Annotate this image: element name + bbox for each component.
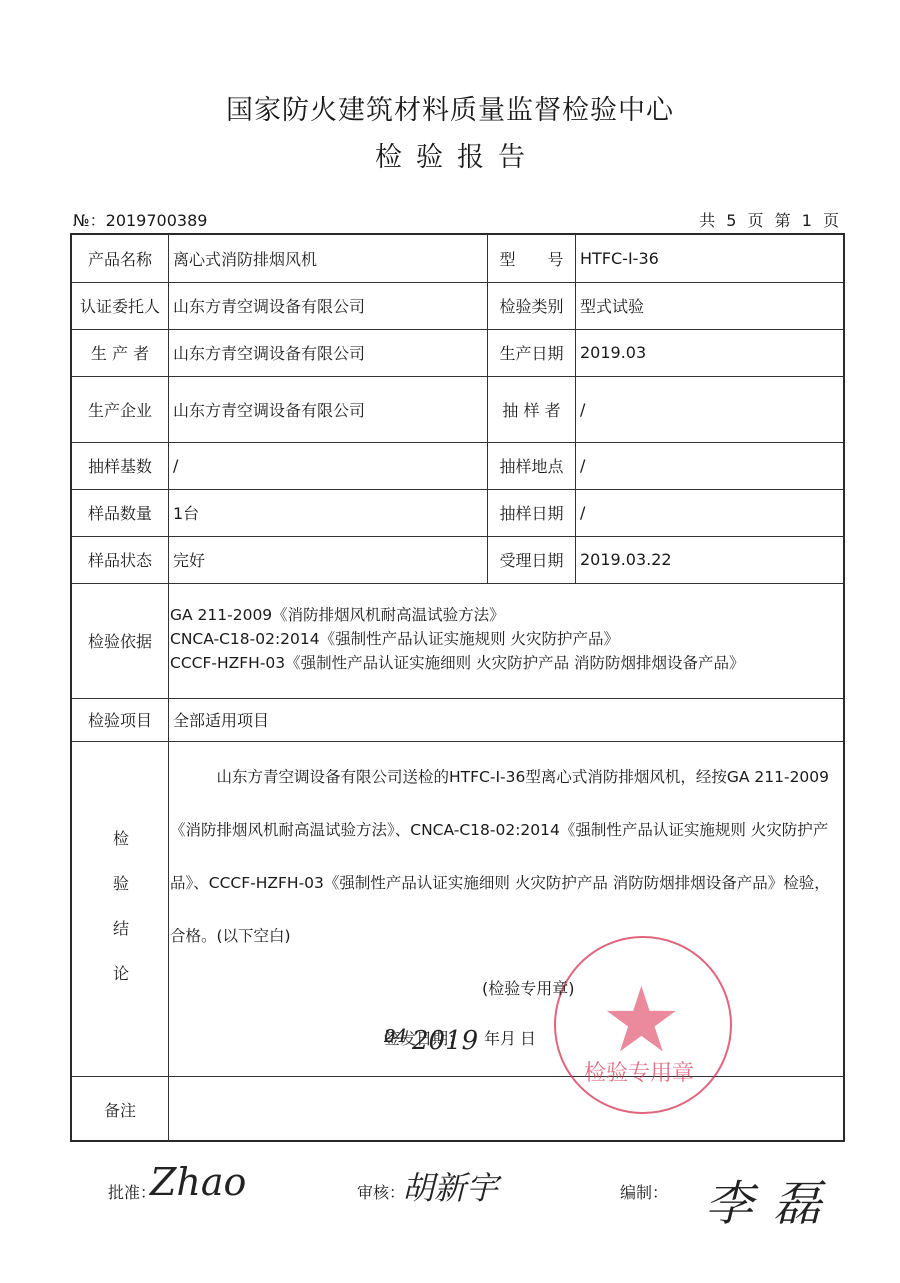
label-model: 型 号 (488, 235, 575, 282)
label-sample-qty: 样品数量 (72, 489, 168, 536)
conclusion-label-char: 论 (72, 961, 170, 984)
compile-signature: 李磊 (705, 1165, 841, 1234)
approve-signature: Zhao (150, 1160, 246, 1204)
value-test-type: 型式试验 (576, 282, 847, 329)
value-sample-qty: 1台 (169, 489, 491, 536)
compile-label: 编制： (620, 1180, 668, 1203)
report-number: №：2019700389 (73, 208, 207, 231)
label-product-name: 产品名称 (72, 235, 168, 282)
conclusion-label-char: 验 (72, 871, 170, 894)
basis-lines: GA 211-2009《消防排烟风机耐高温试验方法》 CNCA-C18-02:2… (170, 603, 745, 675)
value-sample-state: 完好 (169, 536, 491, 583)
value-sampling-date: / (576, 489, 847, 536)
seal-star-icon: ★ (601, 976, 682, 1066)
approve-label: 批准： (108, 1180, 156, 1203)
label-manufacturer: 生产企业 (72, 376, 168, 442)
basis-line: GA 211-2009《消防排烟风机耐高温试验方法》 (170, 603, 745, 627)
month-char: 月 (500, 1026, 516, 1049)
org-title: 国家防火建筑材料质量监督检验中心 (0, 88, 900, 127)
day-char: 日 (520, 1026, 536, 1049)
value-model: HTFC-I-36 (576, 235, 847, 282)
label-sample-state: 样品状态 (72, 536, 168, 583)
label-basis: 检验依据 (72, 583, 168, 698)
basis-line: CNCA-C18-02:2014《强制性产品认证实施规则 火灾防护产品》 (170, 627, 745, 651)
label-sampling-location: 抽样地点 (488, 442, 575, 489)
issue-date: 签发日期： 2019 年 04 月 24 日 (384, 1026, 536, 1049)
value-manufacturer: 山东方青空调设备有限公司 (169, 376, 491, 442)
conclusion-label-char: 结 (72, 916, 170, 939)
conclusion-text: 山东方青空调设备有限公司送检的HTFC-I-36型离心式消防排烟风机，经按GA … (170, 751, 840, 963)
report-table: 产品名称 离心式消防排烟风机 型 号 HTFC-I-36 认证委托人 山东方青空… (70, 233, 845, 1142)
value-sampling-base: / (169, 442, 491, 489)
year-char: 年 (484, 1026, 500, 1049)
value-items: 全部适用项目 (169, 698, 843, 741)
conclusion-label-char: 检 (72, 826, 170, 849)
issue-day: 24 (384, 1026, 407, 1047)
value-production-date: 2019.03 (576, 329, 847, 376)
conclusion-section: 检 验 结 论 山东方青空调设备有限公司送检的HTFC-I-36型离心式消防排烟… (72, 741, 843, 1076)
basis-section: 检验依据 GA 211-2009《消防排烟风机耐高温试验方法》 CNCA-C18… (72, 583, 843, 698)
label-production-date: 生产日期 (488, 329, 575, 376)
value-sampling-location: / (576, 442, 847, 489)
doc-title: 检验报告 (0, 135, 900, 174)
seal-note: (检验专用章) (482, 976, 575, 999)
value-remarks (169, 1076, 843, 1142)
label-items: 检验项目 (72, 698, 168, 741)
label-sampler: 抽 样 者 (488, 376, 575, 442)
label-client: 认证委托人 (72, 282, 168, 329)
value-producer: 山东方青空调设备有限公司 (169, 329, 491, 376)
label-remarks: 备注 (72, 1076, 168, 1142)
review-label: 审核： (357, 1180, 405, 1203)
value-client: 山东方青空调设备有限公司 (169, 282, 491, 329)
issue-year: 2019 (412, 1026, 484, 1056)
label-test-type: 检验类别 (488, 282, 575, 329)
label-sampling-base: 抽样基数 (72, 442, 168, 489)
label-producer: 生 产 者 (72, 329, 168, 376)
basis-line: CCCF-HZFH-03《强制性产品认证实施细则 火灾防护产品 消防防烟排烟设备… (170, 651, 745, 675)
value-product-name: 离心式消防排烟风机 (169, 235, 491, 282)
value-sampler: / (576, 376, 847, 442)
label-receipt-date: 受理日期 (488, 536, 575, 583)
label-sampling-date: 抽样日期 (488, 489, 575, 536)
value-receipt-date: 2019.03.22 (576, 536, 847, 583)
page-info: 共 5 页 第 1 页 (699, 208, 842, 231)
review-signature: 胡新宇 (402, 1163, 498, 1209)
